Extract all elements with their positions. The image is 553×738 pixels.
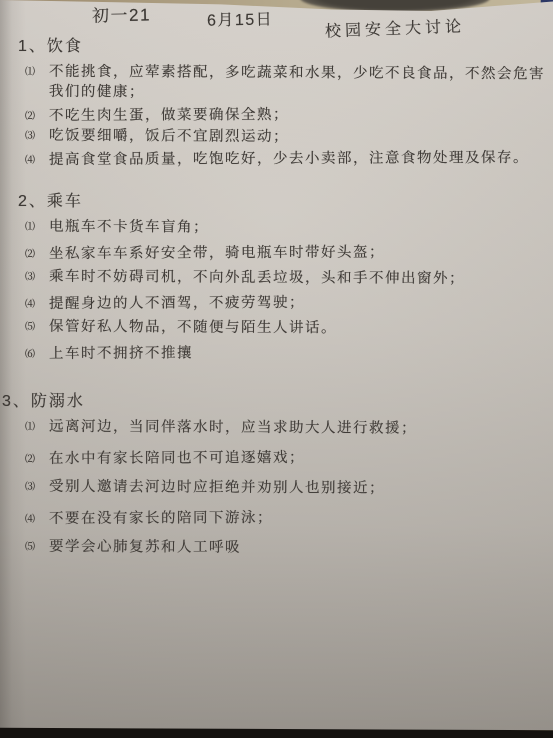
item-text: 保管好私人物品，不随便与陌生人讲话。 <box>49 319 337 337</box>
item-number: ⑵ <box>25 245 35 265</box>
item-text: 提高食堂食品质量，吃饱吃好，少去小卖部，注意食物处理及保存。 <box>49 150 529 168</box>
item-number: ⑴ <box>25 63 35 83</box>
section-heading: 3、防溺水 <box>2 388 546 411</box>
item-number: ⑵ <box>25 450 35 470</box>
date-label: 6月15日 <box>207 6 274 30</box>
list-item: ⑵ 不吃生肉生蛋，做菜要确保全熟； <box>18 104 546 126</box>
section-riding: 2、乘车 ⑴ 电瓶车不卡货车盲角； ⑵ 坐私家车车系好安全带，骑电瓶车时带好头盔… <box>18 188 546 363</box>
list-item: ⑵ 坐私家车车系好安全带，骑电瓶车时带好头盔； <box>18 242 546 264</box>
item-text: 上车时不拥挤不推攘 <box>49 345 193 362</box>
item-number: ⑹ <box>25 345 35 365</box>
section-heading: 1、饮食 <box>18 33 546 56</box>
list-item: ⑶ 受别人邀请去河边时应拒绝并劝别人也别接近； <box>18 477 546 500</box>
list-item: ⑷ 不要在没有家长的陪同下游泳； <box>18 507 546 529</box>
item-text: 电瓶车不卡货车盲角； <box>49 219 209 236</box>
item-number: ⑵ <box>25 107 35 127</box>
list-item: ⑵ 在水中有家长陪同也不可追逐嬉戏； <box>18 447 546 469</box>
item-text: 远离河边，当同伴落水时，应当求助大人进行救援； <box>49 419 417 437</box>
item-text: 受别人邀请去河边时应拒绝并劝别人也别接近； <box>49 479 385 497</box>
list-item: ⑹ 上车时不拥挤不推攘 <box>18 342 546 364</box>
list-item: ⑴ 不能挑食，应荤素搭配，多吃蔬菜和水果，少吃不良食品，不然会危害我们的健康； <box>18 62 546 105</box>
section-heading: 2、乘车 <box>18 188 546 211</box>
notes-body: 1、饮食 ⑴ 不能挑食，应荤素搭配，多吃蔬菜和水果，少吃不良食品，不然会危害我们… <box>18 33 546 575</box>
section-drowning-prevention: 3、防溺水 ⑴ 远离河边，当同伴落水时，应当求助大人进行救援； ⑵ 在水中有家长… <box>18 388 546 558</box>
item-number: ⑷ <box>25 510 35 530</box>
list-item: ⑴ 远离河边，当同伴落水时，应当求助大人进行救援； <box>18 417 546 440</box>
item-number: ⑶ <box>25 127 35 147</box>
item-number: ⑷ <box>25 295 35 315</box>
list-item: ⑷ 提醒身边的人不酒驾，不疲劳驾驶； <box>18 292 546 314</box>
item-text: 坐私家车车系好安全带，骑电瓶车时带好头盔； <box>49 245 385 262</box>
class-label: 初一21 <box>92 0 151 26</box>
photo-bottom-edge <box>0 728 553 738</box>
item-number: ⑴ <box>25 418 35 438</box>
list-item: ⑴ 电瓶车不卡货车盲角； <box>18 217 546 240</box>
item-text: 吃饭要细嚼，饭后不宜剧烈运动； <box>49 128 289 145</box>
item-text: 提醒身边的人不酒驾，不疲劳驾驶； <box>49 295 305 312</box>
item-number: ⑴ <box>25 218 35 238</box>
section-diet: 1、饮食 ⑴ 不能挑食，应荤素搭配，多吃蔬菜和水果，少吃不良食品，不然会危害我们… <box>18 33 546 169</box>
section-title: 饮食 <box>47 38 83 55</box>
item-number: ⑷ <box>25 151 35 171</box>
item-text: 要学会心肺复苏和人工呼吸 <box>49 539 241 556</box>
photo-of-handwritten-notes: 初一21 6月15日 校园安全大讨论 1、饮食 ⑴ 不能挑食，应荤素搭配，多吃蔬… <box>0 0 553 738</box>
list-item: ⑸ 要学会心肺复苏和人工呼吸 <box>18 537 546 560</box>
paper-sheet: 初一21 6月15日 校园安全大讨论 1、饮食 ⑴ 不能挑食，应荤素搭配，多吃蔬… <box>0 0 553 730</box>
list-item: ⑶ 吃饭要细嚼，饭后不宜剧烈运动； <box>18 126 546 149</box>
section-number: 3、 <box>2 393 31 410</box>
item-number: ⑶ <box>25 268 35 288</box>
section-title: 防溺水 <box>31 393 85 410</box>
section-number: 1、 <box>18 38 47 55</box>
item-number: ⑸ <box>25 538 35 558</box>
section-number: 2、 <box>18 193 47 210</box>
list-item: ⑸ 保管好私人物品，不随便与陌生人讲话。 <box>18 317 546 340</box>
list-item: ⑷ 提高食堂食品质量，吃饱吃好，少去小卖部，注意食物处理及保存。 <box>18 148 546 170</box>
item-number: ⑶ <box>25 478 35 498</box>
item-text: 乘车时不妨碍司机，不向外乱丢垃圾，头和手不伸出窗外； <box>49 269 465 287</box>
item-text: 不能挑食，应荤素搭配，多吃蔬菜和水果，少吃不良食品，不然会危害我们的健康； <box>49 64 545 101</box>
item-number: ⑸ <box>25 318 35 338</box>
item-text: 在水中有家长陪同也不可追逐嬉戏； <box>49 450 305 467</box>
list-item: ⑶ 乘车时不妨碍司机，不向外乱丢垃圾，头和手不伸出窗外； <box>18 267 546 290</box>
item-text: 不吃生肉生蛋，做菜要确保全熟； <box>49 107 289 124</box>
item-text: 不要在没有家长的陪同下游泳； <box>49 510 273 527</box>
section-title: 乘车 <box>47 193 83 210</box>
